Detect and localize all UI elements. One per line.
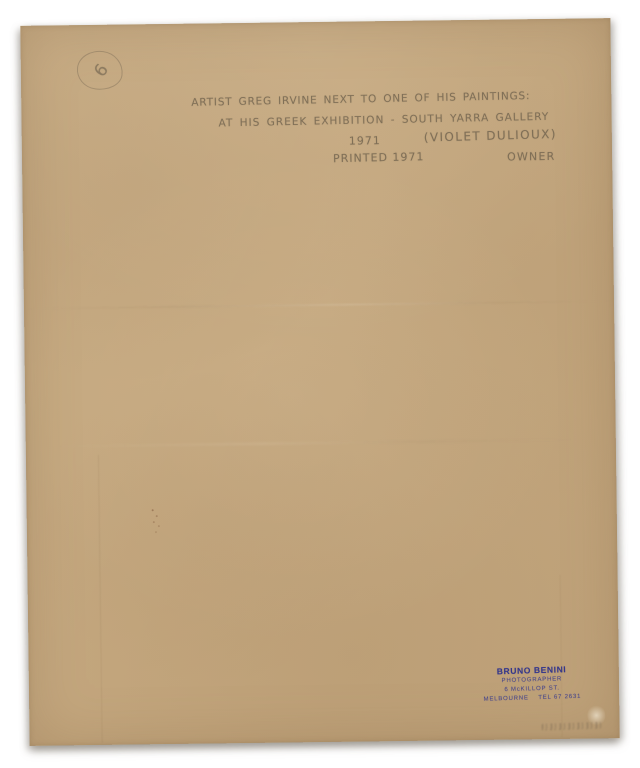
handwritten-caption-line-1: ARTIST GREG IRVINE NEXT TO ONE OF HIS PA…: [191, 90, 530, 109]
photographer-stamp: BRUNO BENINI PHOTOGRAPHER 6 McKILLOP ST.…: [458, 663, 605, 704]
handwritten-owner-label: OWNER: [507, 150, 556, 164]
stamp-phone: TEL 67 2631: [538, 692, 581, 701]
paper-crease-vertical-2: [560, 575, 563, 737]
paper-crease-vertical-1: [98, 455, 103, 743]
paper-crease-horizontal-2: [56, 439, 576, 448]
handwritten-caption-line-2: AT HIS GREEK EXHIBITION - SOUTH YARRA GA…: [218, 111, 549, 130]
corner-number-digit: 6: [90, 60, 113, 80]
handwritten-owner-name: (VIOLET DULIOUX): [424, 127, 557, 145]
circled-corner-number: 6: [75, 48, 126, 92]
photo-verso-paper: 6 ARTIST GREG IRVINE NEXT TO ONE OF HIS …: [20, 18, 619, 746]
stamp-city: MELBOURNE: [483, 694, 528, 703]
scan-background: 6 ARTIST GREG IRVINE NEXT TO ONE OF HIS …: [0, 0, 640, 768]
paper-blemish-speckle: [152, 509, 154, 511]
handwritten-printed-year: PRINTED 1971: [333, 150, 425, 165]
paper-crease-horizontal-1: [24, 300, 614, 310]
faint-pencil-marking: [541, 722, 601, 731]
handwritten-year: 1971: [349, 134, 381, 147]
